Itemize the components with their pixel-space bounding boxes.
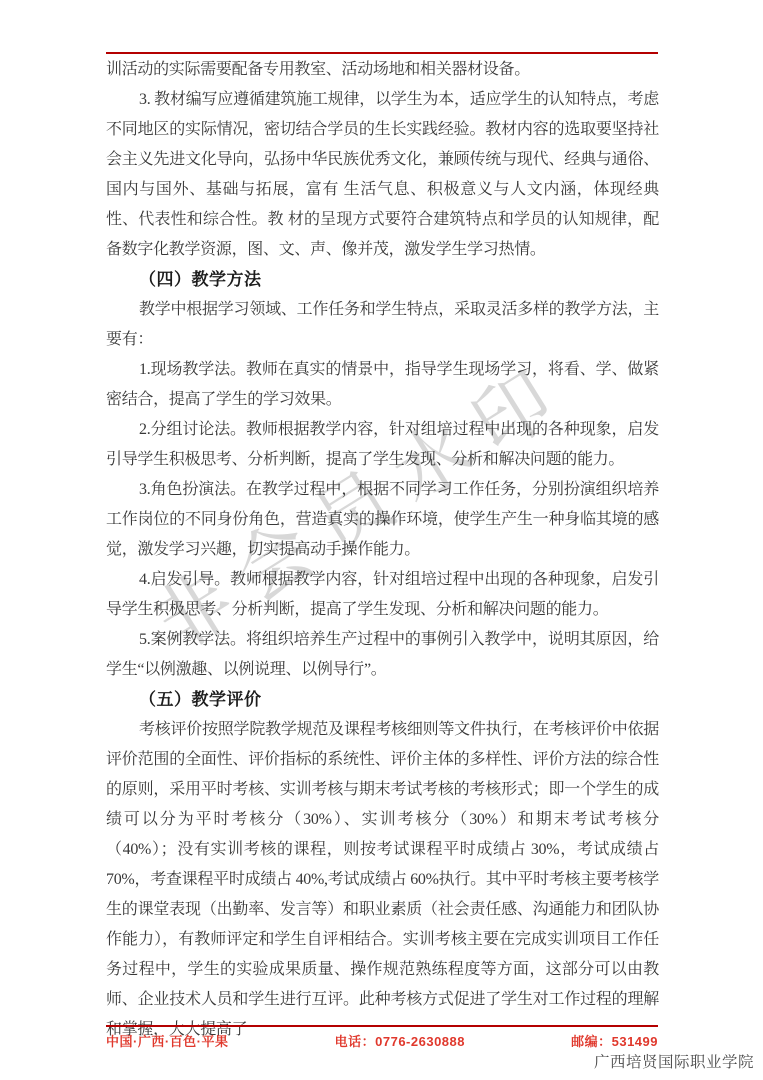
footer-phone-label: 电话：: [335, 1034, 376, 1049]
header-rule: [106, 52, 658, 54]
footer-phone-value: 0776-2630888: [375, 1034, 465, 1049]
footer-postcode-value: 531499: [612, 1034, 658, 1049]
paragraph: 1.现场教学法。教师在真实的情景中，指导学生现场学习，将看、学、做紧密结合，提高…: [106, 355, 659, 415]
paragraph: 5.案例教学法。将组织培养生产过程中的事例引入教学中，说明其原因，给学生“以例激…: [106, 625, 659, 685]
paragraph: 训活动的实际需要配备专用教室、活动场地和相关器材设备。: [106, 55, 659, 85]
paragraph: 3. 教材编写应遵循建筑施工规律，以学生为本，适应学生的认知特点，考虑不同地区的…: [106, 85, 659, 265]
page-content: 训活动的实际需要配备专用教室、活动场地和相关器材设备。 3. 教材编写应遵循建筑…: [106, 55, 659, 1045]
footer-postcode: 邮编：531499: [571, 1031, 658, 1050]
paragraph: 考核评价按照学院教学规范及课程考核细则等文件执行，在考核评价中依据评价范围的全面…: [106, 715, 659, 1045]
page-footer: 中国·广西·百色·平果 电话：0776-2630888 邮编：531499: [106, 1031, 658, 1050]
paragraph: 3.角色扮演法。在教学过程中，根据不同学习工作任务，分别扮演组织培养工作岗位的不…: [106, 475, 659, 565]
document-page: 非会员水印 训活动的实际需要配备专用教室、活动场地和相关器材设备。 3. 教材编…: [0, 0, 763, 1080]
section-heading: （四）教学方法: [106, 265, 659, 295]
footer-phone: 电话：0776-2630888: [335, 1031, 465, 1050]
school-name: 广西培贤国际职业学院: [594, 1050, 754, 1072]
footer-rule: [106, 1025, 658, 1027]
paragraph: 4.启发引导。教师根据教学内容，针对组培过程中出现的各种现象，启发引导学生积极思…: [106, 565, 659, 625]
footer-postcode-label: 邮编：: [571, 1034, 612, 1049]
paragraph: 2.分组讨论法。教师根据教学内容，针对组培过程中出现的各种现象，启发引导学生积极…: [106, 415, 659, 475]
section-heading: （五）教学评价: [106, 685, 659, 715]
footer-location: 中国·广西·百色·平果: [106, 1031, 229, 1050]
paragraph: 教学中根据学习领域、工作任务和学生特点，采取灵活多样的教学方法，主要有：: [106, 295, 659, 355]
